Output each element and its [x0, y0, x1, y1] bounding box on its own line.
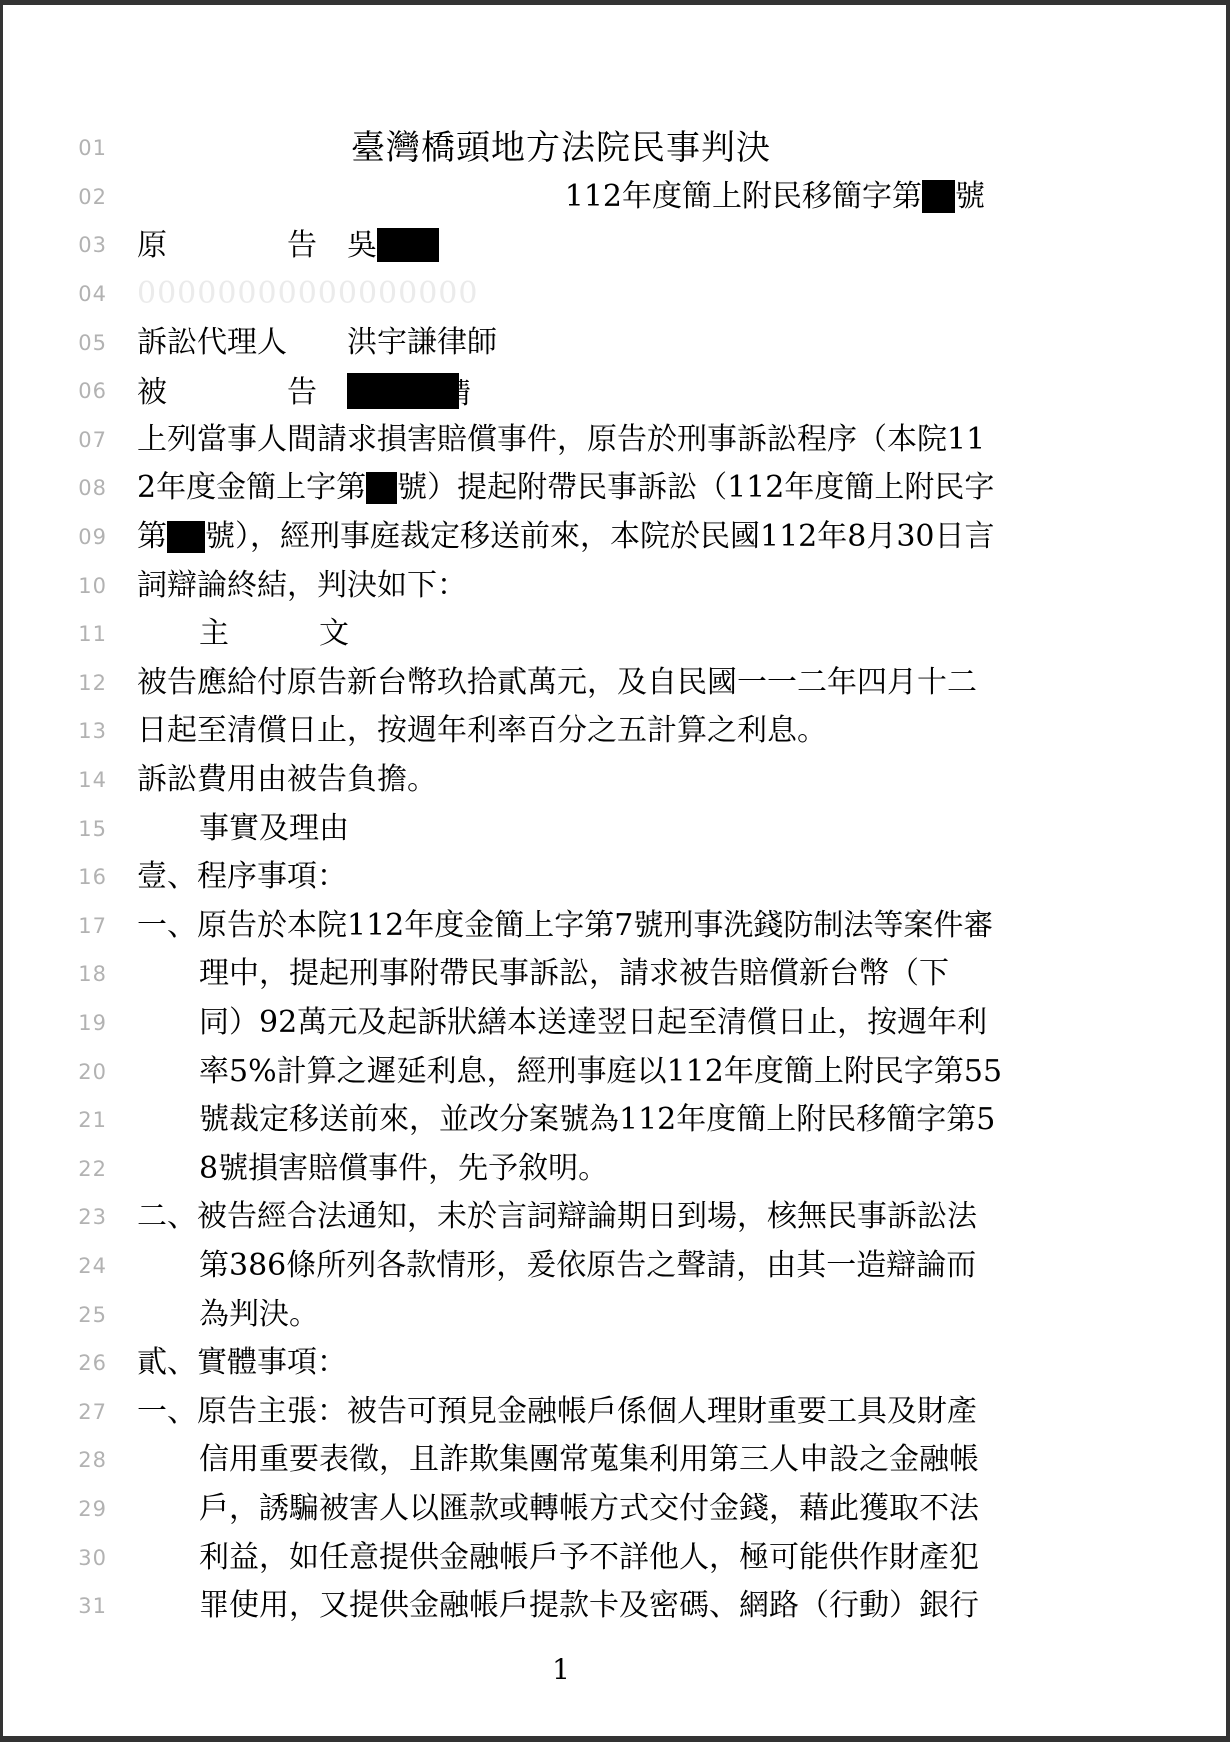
- line-number: 22: [3, 1157, 107, 1181]
- line-number: 17: [3, 914, 107, 938]
- document-line: 29戶，誘騙被害人以匯款或轉帳方式交付金錢，藉此獲取不法: [3, 1485, 1226, 1534]
- text-segment: 詞辯論終結，判決如下：: [137, 568, 467, 603]
- line-number: 03: [3, 233, 107, 257]
- text-segment: 112年度簡上附民移簡字第: [565, 179, 922, 214]
- line-text: 詞辯論終結，判決如下：: [137, 571, 985, 601]
- line-text: 8號損害賠償事件，先予敘明。: [137, 1154, 1047, 1184]
- document-line: 16壹、程序事項：: [3, 853, 1226, 902]
- document-line: 23二、被告經合法通知，未於言詞辯論期日到場，核無民事訴訟法: [3, 1193, 1226, 1242]
- line-number: 26: [3, 1351, 107, 1375]
- line-text: 第號），經刑事庭裁定移送前來，本院於民國112年8月30日言: [137, 521, 985, 553]
- text-segment: 被 告: [137, 375, 347, 410]
- line-number: 24: [3, 1254, 107, 1278]
- text-segment: 貳、實體事項：: [137, 1345, 347, 1380]
- document-line: 06被 告 請: [3, 367, 1226, 416]
- line-number: 19: [3, 1011, 107, 1035]
- line-text: 信用重要表徵，且詐欺集團常蒐集利用第三人申設之金融帳: [137, 1445, 1047, 1475]
- document-line: 082年度金簡上字第號）提起附帶民事訴訟（112年度簡上附民字: [3, 464, 1226, 513]
- line-number: 31: [3, 1594, 107, 1618]
- document-line: 09第號），經刑事庭裁定移送前來，本院於民國112年8月30日言: [3, 513, 1226, 562]
- redaction-box: [377, 228, 439, 262]
- document-line: 12被告應給付原告新台幣玖拾貳萬元，及自民國一一二年四月十二: [3, 659, 1226, 708]
- text-segment: 號: [955, 179, 985, 214]
- text-segment: 罪使用，又提供金融帳戶提款卡及密碼、網路（行動）銀行: [199, 1588, 979, 1623]
- document-line: 11主 文: [3, 610, 1226, 659]
- line-text: 率5%計算之遲延利息，經刑事庭以112年度簡上附民字第55: [137, 1057, 1047, 1087]
- line-number: 21: [3, 1108, 107, 1132]
- line-text: 號裁定移送前來，並改分案號為112年度簡上附民移簡字第5: [137, 1105, 1047, 1135]
- line-number: 09: [3, 525, 107, 549]
- text-segment: 理中，提起刑事附帶民事訴訟，請求被告賠償新台幣（下: [199, 956, 949, 991]
- line-number: 05: [3, 331, 107, 355]
- line-number: 02: [3, 185, 107, 209]
- text-segment: 2年度金簡上字第: [137, 470, 366, 505]
- line-text: 00000000000000000: [137, 279, 985, 309]
- line-number: 30: [3, 1546, 107, 1570]
- glyph-fragment: 請: [459, 379, 471, 409]
- line-number: 04: [3, 282, 107, 306]
- line-number: 14: [3, 768, 107, 792]
- line-text: 主 文: [137, 619, 1047, 649]
- text-segment: 率5%計算之遲延利息，經刑事庭以112年度簡上附民字第55: [199, 1054, 1002, 1089]
- line-number: 25: [3, 1303, 107, 1327]
- line-number: 11: [3, 622, 107, 646]
- text-segment: 號裁定移送前來，並改分案號為112年度簡上附民移簡字第5: [199, 1102, 995, 1137]
- text-segment: 號）提起附帶民事訴訟（112年度簡上附民字: [397, 470, 994, 505]
- line-number: 28: [3, 1448, 107, 1472]
- text-segment: 為判決。: [199, 1297, 319, 1332]
- document-line: 28信用重要表徵，且詐欺集團常蒐集利用第三人申設之金融帳: [3, 1436, 1226, 1485]
- document-line: 02112年度簡上附民移簡字第號: [3, 173, 1226, 222]
- line-text: 112年度簡上附民移簡字第號: [137, 180, 985, 213]
- line-text: 理中，提起刑事附帶民事訴訟，請求被告賠償新台幣（下: [137, 959, 1047, 989]
- line-text: 一、原告主張：被告可預見金融帳戶係個人理財重要工具及財產: [137, 1397, 985, 1427]
- text-segment: 信用重要表徵，且詐欺集團常蒐集利用第三人申設之金融帳: [199, 1442, 979, 1477]
- document-line: 14訴訟費用由被告負擔。: [3, 756, 1226, 805]
- partially-redacted-glyph: 請: [459, 379, 472, 409]
- line-number: 15: [3, 817, 107, 841]
- line-text: 第386條所列各款情形，爰依原告之聲請，由其一造辯論而: [137, 1251, 1047, 1281]
- text-segment: 利益，如任意提供金融帳戶予不詳他人，極可能供作財產犯: [199, 1540, 979, 1575]
- line-text: 被告應給付原告新台幣玖拾貳萬元，及自民國一一二年四月十二: [137, 668, 985, 698]
- line-number: 12: [3, 671, 107, 695]
- document-line: 228號損害賠償事件，先予敘明。: [3, 1144, 1226, 1193]
- document-line: 20率5%計算之遲延利息，經刑事庭以112年度簡上附民字第55: [3, 1047, 1226, 1096]
- text-segment: 上列當事人間請求損害賠償事件，原告於刑事訴訟程序（本院11: [137, 422, 985, 457]
- line-number: 06: [3, 379, 107, 403]
- text-segment: 訴訟代理人 洪宇謙律師: [137, 325, 497, 360]
- text-segment: 主 文: [199, 616, 349, 651]
- line-text: 同）92萬元及起訴狀繕本送達翌日起至清償日止，按週年利: [137, 1008, 1047, 1038]
- document-line: 0400000000000000000: [3, 270, 1226, 319]
- document-line: 27一、原告主張：被告可預見金融帳戶係個人理財重要工具及財產: [3, 1387, 1226, 1436]
- document-line: 19同）92萬元及起訴狀繕本送達翌日起至清償日止，按週年利: [3, 999, 1226, 1048]
- redaction-box: [922, 180, 955, 213]
- document-line: 10詞辯論終結，判決如下：: [3, 561, 1226, 610]
- document-line: 25為判決。: [3, 1290, 1226, 1339]
- document-line: 26貳、實體事項：: [3, 1339, 1226, 1388]
- text-segment: 日起至清償日止，按週年利率百分之五計算之利息。: [137, 713, 827, 748]
- redaction-box: [366, 472, 397, 504]
- document-line: 30利益，如任意提供金融帳戶予不詳他人，極可能供作財產犯: [3, 1533, 1226, 1582]
- line-text: 2年度金簡上字第號）提起附帶民事訴訟（112年度簡上附民字: [137, 472, 985, 504]
- document-line: 31罪使用，又提供金融帳戶提款卡及密碼、網路（行動）銀行: [3, 1582, 1226, 1631]
- text-segment: 第: [137, 519, 167, 554]
- line-number: 23: [3, 1205, 107, 1229]
- text-segment: 同）92萬元及起訴狀繕本送達翌日起至清償日止，按週年利: [199, 1005, 987, 1040]
- line-text: 事實及理由: [137, 814, 1047, 844]
- line-text: 原 告 吳: [137, 228, 985, 262]
- text-segment: 訴訟費用由被告負擔。: [137, 762, 437, 797]
- line-text: 壹、程序事項：: [137, 862, 985, 892]
- text-segment: 二、被告經合法通知，未於言詞辯論期日到場，核無民事訴訟法: [137, 1199, 977, 1234]
- text-segment: 號），經刑事庭裁定移送前來，本院於民國112年8月30日言: [205, 519, 995, 554]
- line-number: 16: [3, 865, 107, 889]
- document-line: 15事實及理由: [3, 804, 1226, 853]
- document-line: 21號裁定移送前來，並改分案號為112年度簡上附民移簡字第5: [3, 1096, 1226, 1145]
- line-number: 01: [3, 136, 107, 160]
- text-segment: 第386條所列各款情形，爰依原告之聲請，由其一造辯論而: [199, 1248, 976, 1283]
- text-segment: 戶，誘騙被害人以匯款或轉帳方式交付金錢，藉此獲取不法: [199, 1491, 979, 1526]
- text-segment: 原 告 吳: [137, 228, 377, 263]
- text-segment: 臺灣橋頭地方法院民事判決: [351, 128, 771, 168]
- page-number: 1: [137, 1653, 985, 1686]
- faint-redacted-digits: 00000000000000000: [137, 276, 478, 311]
- line-number: 18: [3, 962, 107, 986]
- text-segment: 事實及理由: [199, 811, 349, 846]
- text-segment: 被告應給付原告新台幣玖拾貳萬元，及自民國一一二年四月十二: [137, 665, 977, 700]
- redaction-box: [167, 521, 205, 553]
- line-number: 10: [3, 574, 107, 598]
- line-text: 被 告 請: [137, 373, 985, 409]
- document-line: 01臺灣橋頭地方法院民事判決: [3, 124, 1226, 173]
- text-segment: 8號損害賠償事件，先予敘明。: [199, 1151, 608, 1186]
- line-number: 27: [3, 1400, 107, 1424]
- document-line: 24第386條所列各款情形，爰依原告之聲請，由其一造辯論而: [3, 1242, 1226, 1291]
- line-text: 貳、實體事項：: [137, 1348, 985, 1378]
- line-number: 07: [3, 428, 107, 452]
- line-number: 20: [3, 1060, 107, 1084]
- document-body: 01臺灣橋頭地方法院民事判決02112年度簡上附民移簡字第號03原 告 吳040…: [3, 124, 1226, 1630]
- document-line: 05訴訟代理人 洪宇謙律師: [3, 318, 1226, 367]
- document-line: 07上列當事人間請求損害賠償事件，原告於刑事訴訟程序（本院11: [3, 416, 1226, 465]
- text-segment: 一、原告於本院112年度金簡上字第7號刑事洗錢防制法等案件審: [137, 908, 993, 943]
- line-text: 二、被告經合法通知，未於言詞辯論期日到場，核無民事訴訟法: [137, 1202, 985, 1232]
- text-segment: 一、原告主張：被告可預見金融帳戶係個人理財重要工具及財產: [137, 1394, 977, 1429]
- judgment-page: 01臺灣橋頭地方法院民事判決02112年度簡上附民移簡字第號03原 告 吳040…: [0, 0, 1230, 1742]
- redaction-box: [347, 373, 459, 409]
- line-text: 訴訟費用由被告負擔。: [137, 765, 985, 795]
- line-text: 罪使用，又提供金融帳戶提款卡及密碼、網路（行動）銀行: [137, 1591, 1047, 1621]
- line-text: 訴訟代理人 洪宇謙律師: [137, 328, 985, 358]
- document-line: 03原 告 吳: [3, 221, 1226, 270]
- document-line: 18理中，提起刑事附帶民事訴訟，請求被告賠償新台幣（下: [3, 950, 1226, 999]
- text-segment: 壹、程序事項：: [137, 859, 347, 894]
- document-line: 13日起至清償日止，按週年利率百分之五計算之利息。: [3, 707, 1226, 756]
- document-line: 17一、原告於本院112年度金簡上字第7號刑事洗錢防制法等案件審: [3, 902, 1226, 951]
- line-number: 29: [3, 1497, 107, 1521]
- line-text: 利益，如任意提供金融帳戶予不詳他人，極可能供作財產犯: [137, 1543, 1047, 1573]
- line-text: 一、原告於本院112年度金簡上字第7號刑事洗錢防制法等案件審: [137, 911, 985, 941]
- line-text: 為判決。: [137, 1300, 1047, 1330]
- line-text: 戶，誘騙被害人以匯款或轉帳方式交付金錢，藉此獲取不法: [137, 1494, 1047, 1524]
- line-text: 上列當事人間請求損害賠償事件，原告於刑事訴訟程序（本院11: [137, 425, 985, 455]
- line-text: 日起至清償日止，按週年利率百分之五計算之利息。: [137, 716, 985, 746]
- line-number: 13: [3, 719, 107, 743]
- document-title: 臺灣橋頭地方法院民事判決: [137, 131, 985, 165]
- line-number: 08: [3, 476, 107, 500]
